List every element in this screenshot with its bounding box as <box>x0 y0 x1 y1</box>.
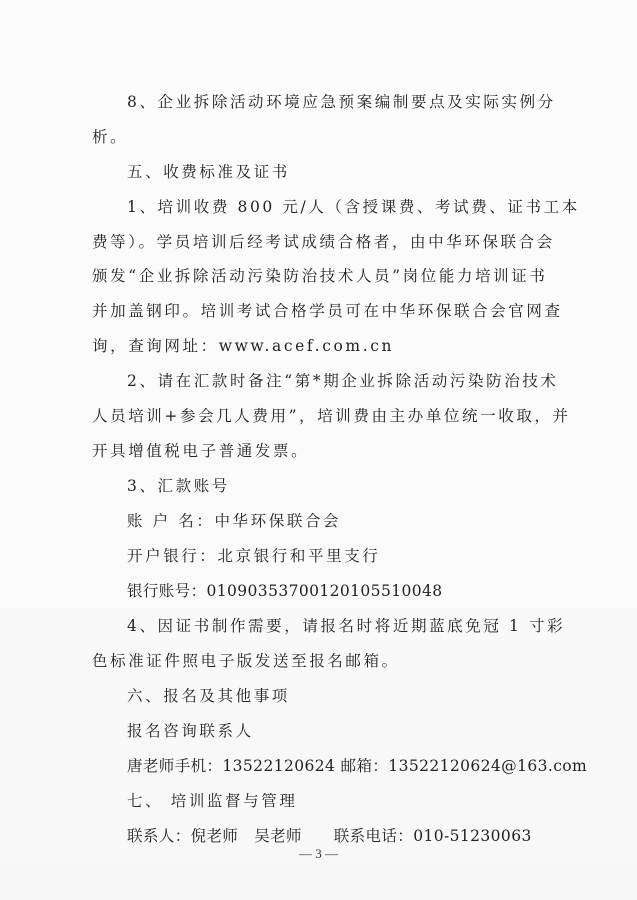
text-line-fee-1-cont-3: 并加盖钢印。培训考试合格学员可在中华环保联合会官网查 <box>92 301 542 321</box>
supervision-contact-info: 联系人：倪老师 吴老师 联系电话：010-51230063 <box>127 826 577 846</box>
document-page: 8、企业拆除活动环境应急预案编制要点及实际实例分 析。 五、收费标准及证书 1、… <box>0 0 637 900</box>
text-line-fee-2-cont-1: 人员培训+参会几人费用”，培训费由主办单位统一收取，并 <box>92 406 542 426</box>
registration-contact-info: 唐老师手机：13522120624 邮箱：13522120624@163.com <box>127 756 577 776</box>
section-heading-supervision: 七、 培训监督与管理 <box>127 791 577 811</box>
text-line-fee-1: 1、培训收费 800 元/人（含授课费、考试费、证书工本 <box>127 197 577 217</box>
text-line-item-8: 8、企业拆除活动环境应急预案编制要点及实际实例分 <box>127 92 577 112</box>
text-line-query-url: 询，查询网址：www.acef.com.cn <box>92 336 542 356</box>
text-line-fee-2-cont-2: 开具增值税电子普通发票。 <box>92 441 542 461</box>
text-line-fee-3-heading: 3、汇款账号 <box>127 476 577 496</box>
text-line-item-8-cont: 析。 <box>92 127 542 147</box>
text-line-fee-4-cont: 色标准证件照电子版发送至报名邮箱。 <box>92 651 542 671</box>
bank-account-number: 银行账号：01090353700120105510048 <box>127 581 577 601</box>
text-line-fee-1-cont-2: 颁发“企业拆除活动污染防治技术人员”岗位能力培训证书 <box>92 266 542 286</box>
bank-name: 开户银行：北京银行和平里支行 <box>127 546 577 566</box>
section-heading-fees: 五、收费标准及证书 <box>127 162 577 182</box>
text-line-fee-2: 2、请在汇款时备注“第*期企业拆除活动污染防治技术 <box>127 371 577 391</box>
text-line-fee-4: 4、因证书制作需要，请报名时将近期蓝底免冠 1 寸彩 <box>127 616 577 636</box>
account-name: 账 户 名：中华环保联合会 <box>127 511 577 531</box>
text-line-fee-1-cont-1: 费等）。学员培训后经考试成绩合格者，由中华环保联合会 <box>92 232 542 252</box>
registration-contact-label: 报名咨询联系人 <box>127 721 577 741</box>
page-number: — 3 — <box>0 846 637 862</box>
section-heading-registration: 六、报名及其他事项 <box>127 686 577 706</box>
